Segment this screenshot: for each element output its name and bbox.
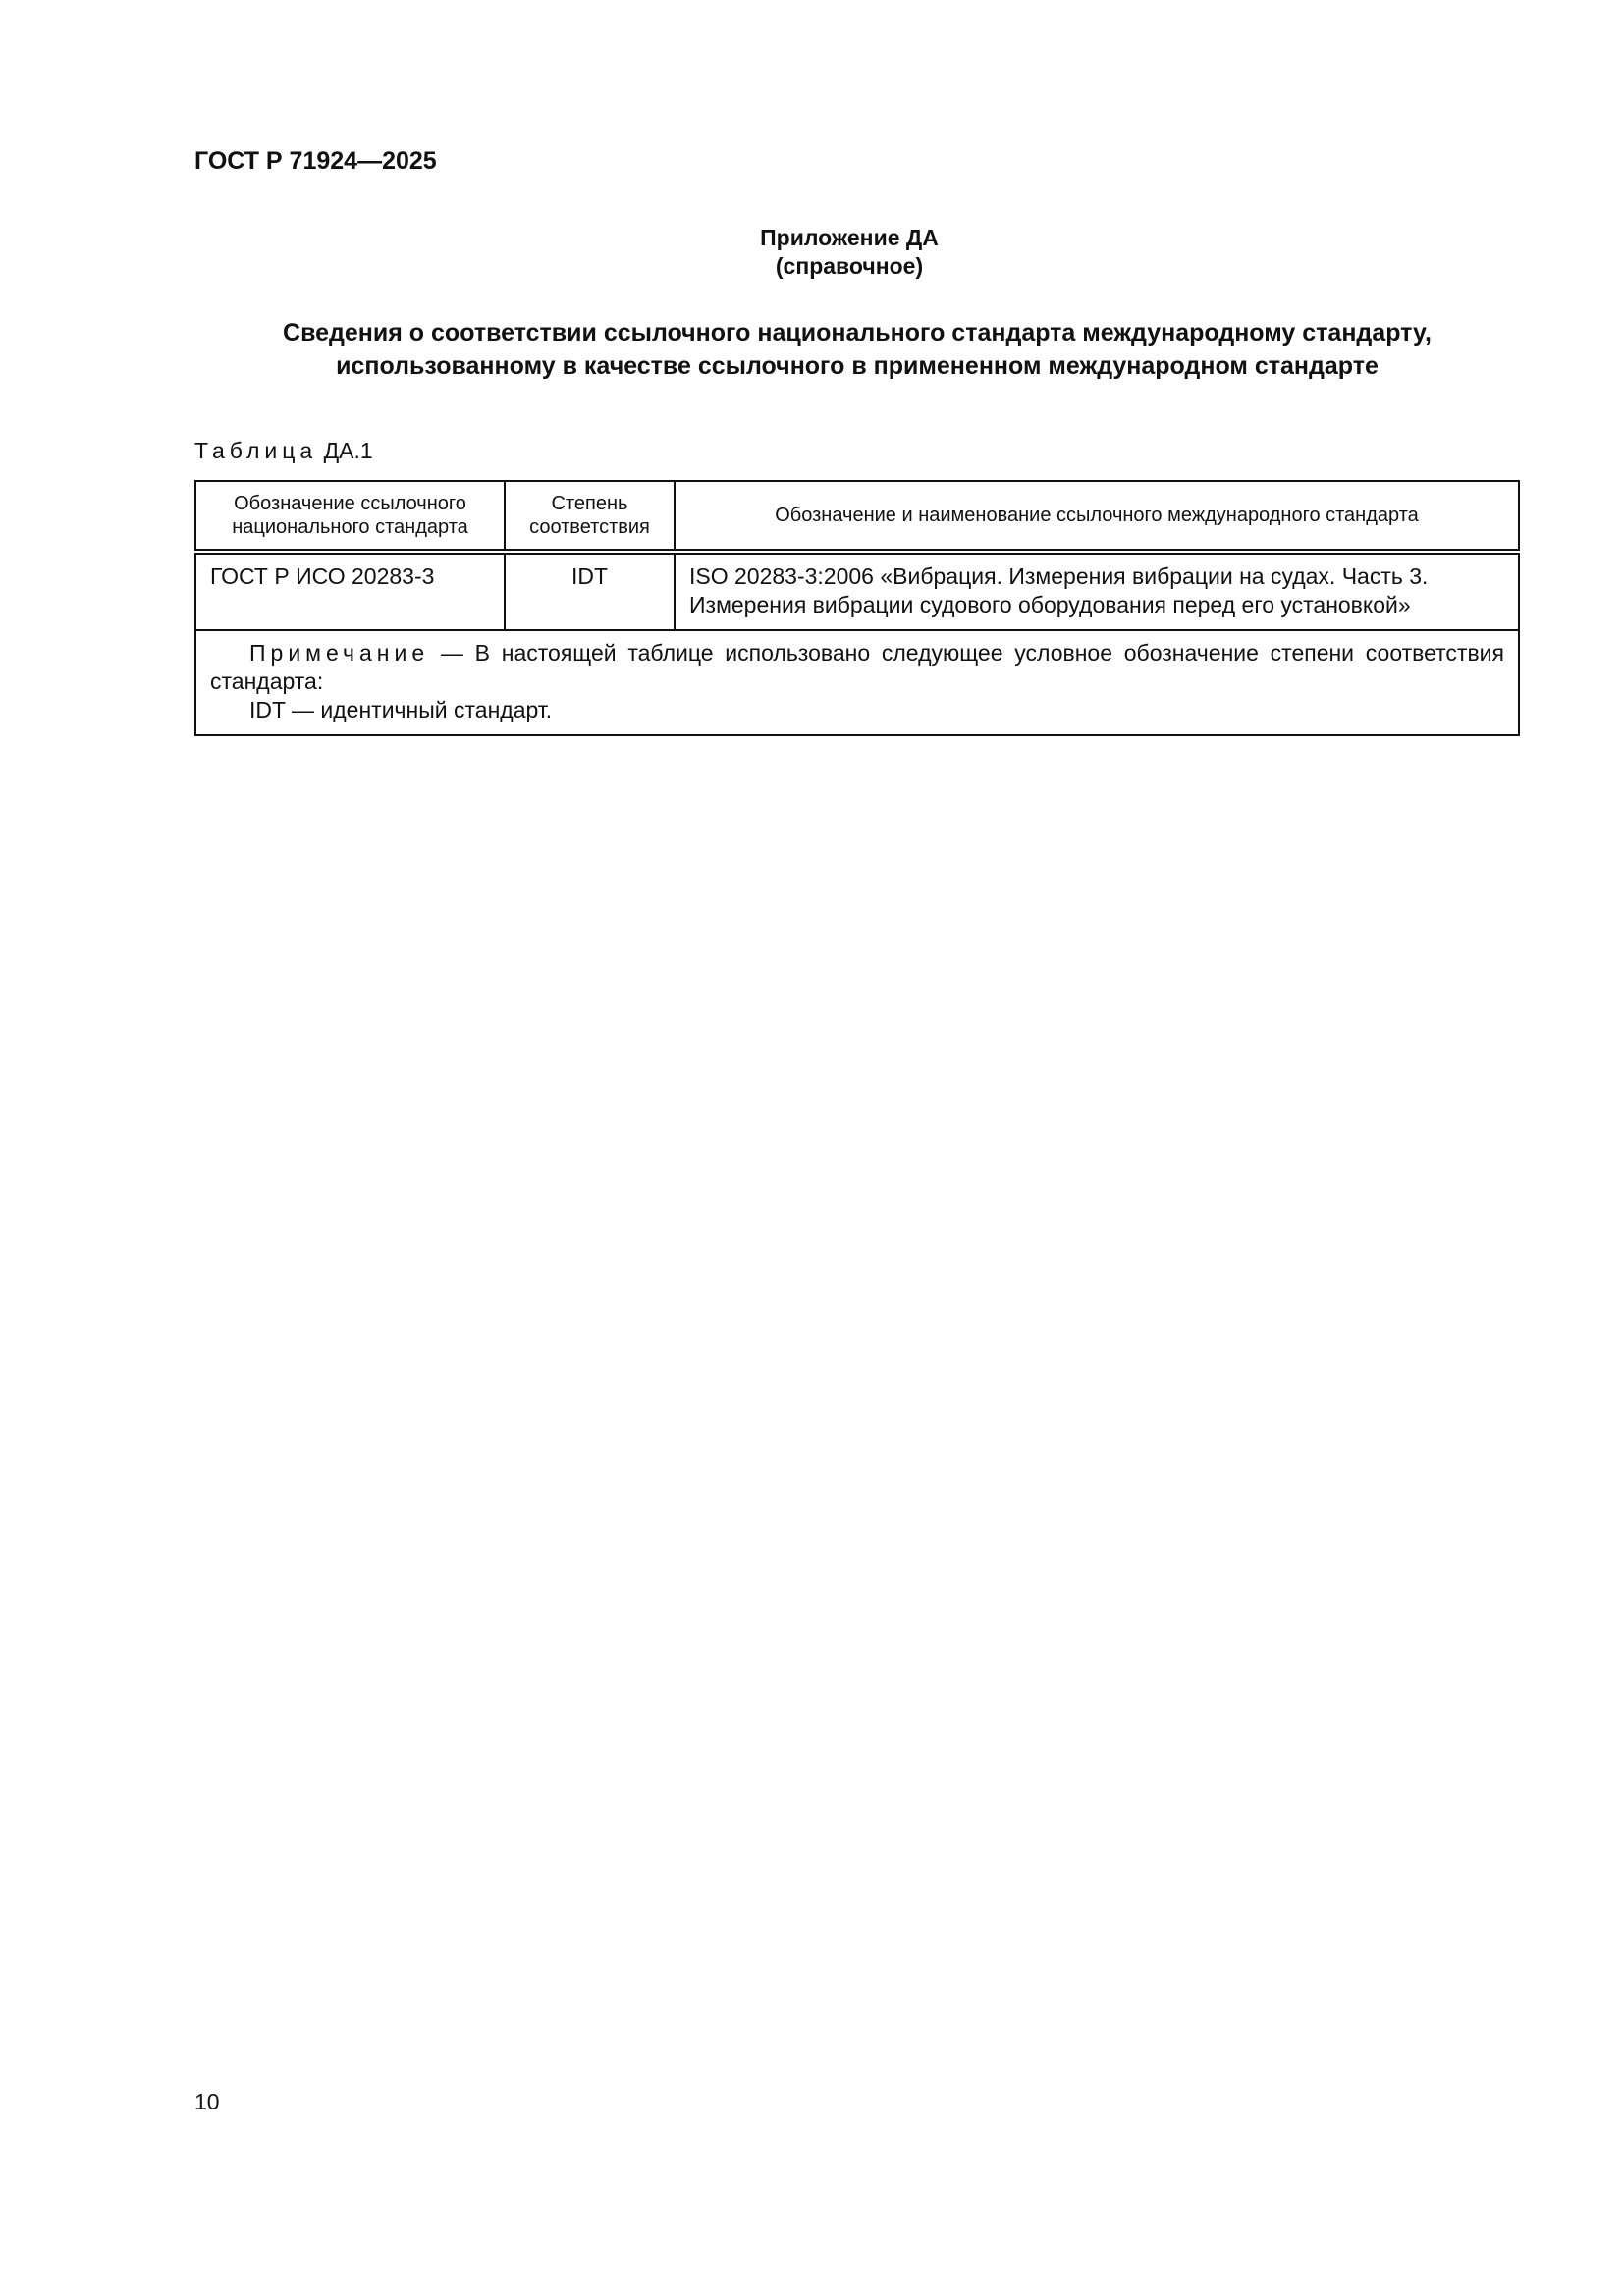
annex-title: Приложение ДА <box>0 224 1624 252</box>
cell-national-standard: ГОСТ Р ИСО 20283-3 <box>195 552 505 630</box>
column-header-international: Обозначение и наименование ссылочного ме… <box>675 481 1519 552</box>
cell-international-standard: ISO 20283-3:2006 «Вибрация. Измерения ви… <box>675 552 1519 630</box>
section-title-line-2: использованному в качестве ссылочного в … <box>194 349 1520 383</box>
column-header-national: Обозначение ссылочного национального ста… <box>195 481 505 552</box>
table-caption-id: ДА.1 <box>324 438 373 463</box>
annex-heading: Приложение ДА (справочное) <box>0 224 1624 281</box>
note-legend: IDT — идентичный стандарт. <box>249 697 552 722</box>
document-code: ГОСТ Р 71924—2025 <box>194 147 437 176</box>
reference-standards-table: Обозначение ссылочного национального ста… <box>194 480 1520 736</box>
table-caption-word: Таблица <box>194 438 317 463</box>
table-header-row: Обозначение ссылочного национального ста… <box>195 481 1519 552</box>
table-row: ГОСТ Р ИСО 20283-3 IDT ISO 20283-3:2006 … <box>195 552 1519 630</box>
note-label: Примечание <box>249 640 429 666</box>
section-title: Сведения о соответствии ссылочного нацио… <box>194 316 1520 383</box>
section-title-line-1: Сведения о соответствии ссылочного нацио… <box>194 316 1520 349</box>
column-header-degree: Степень соответствия <box>505 481 675 552</box>
cell-degree: IDT <box>505 552 675 630</box>
table-note: Примечание — В настоящей таблице использ… <box>195 630 1519 735</box>
page-number: 10 <box>194 2089 220 2115</box>
annex-subtitle: (справочное) <box>0 252 1624 281</box>
table-note-row: Примечание — В настоящей таблице использ… <box>195 630 1519 735</box>
table-caption: Таблица ДА.1 <box>194 438 373 464</box>
